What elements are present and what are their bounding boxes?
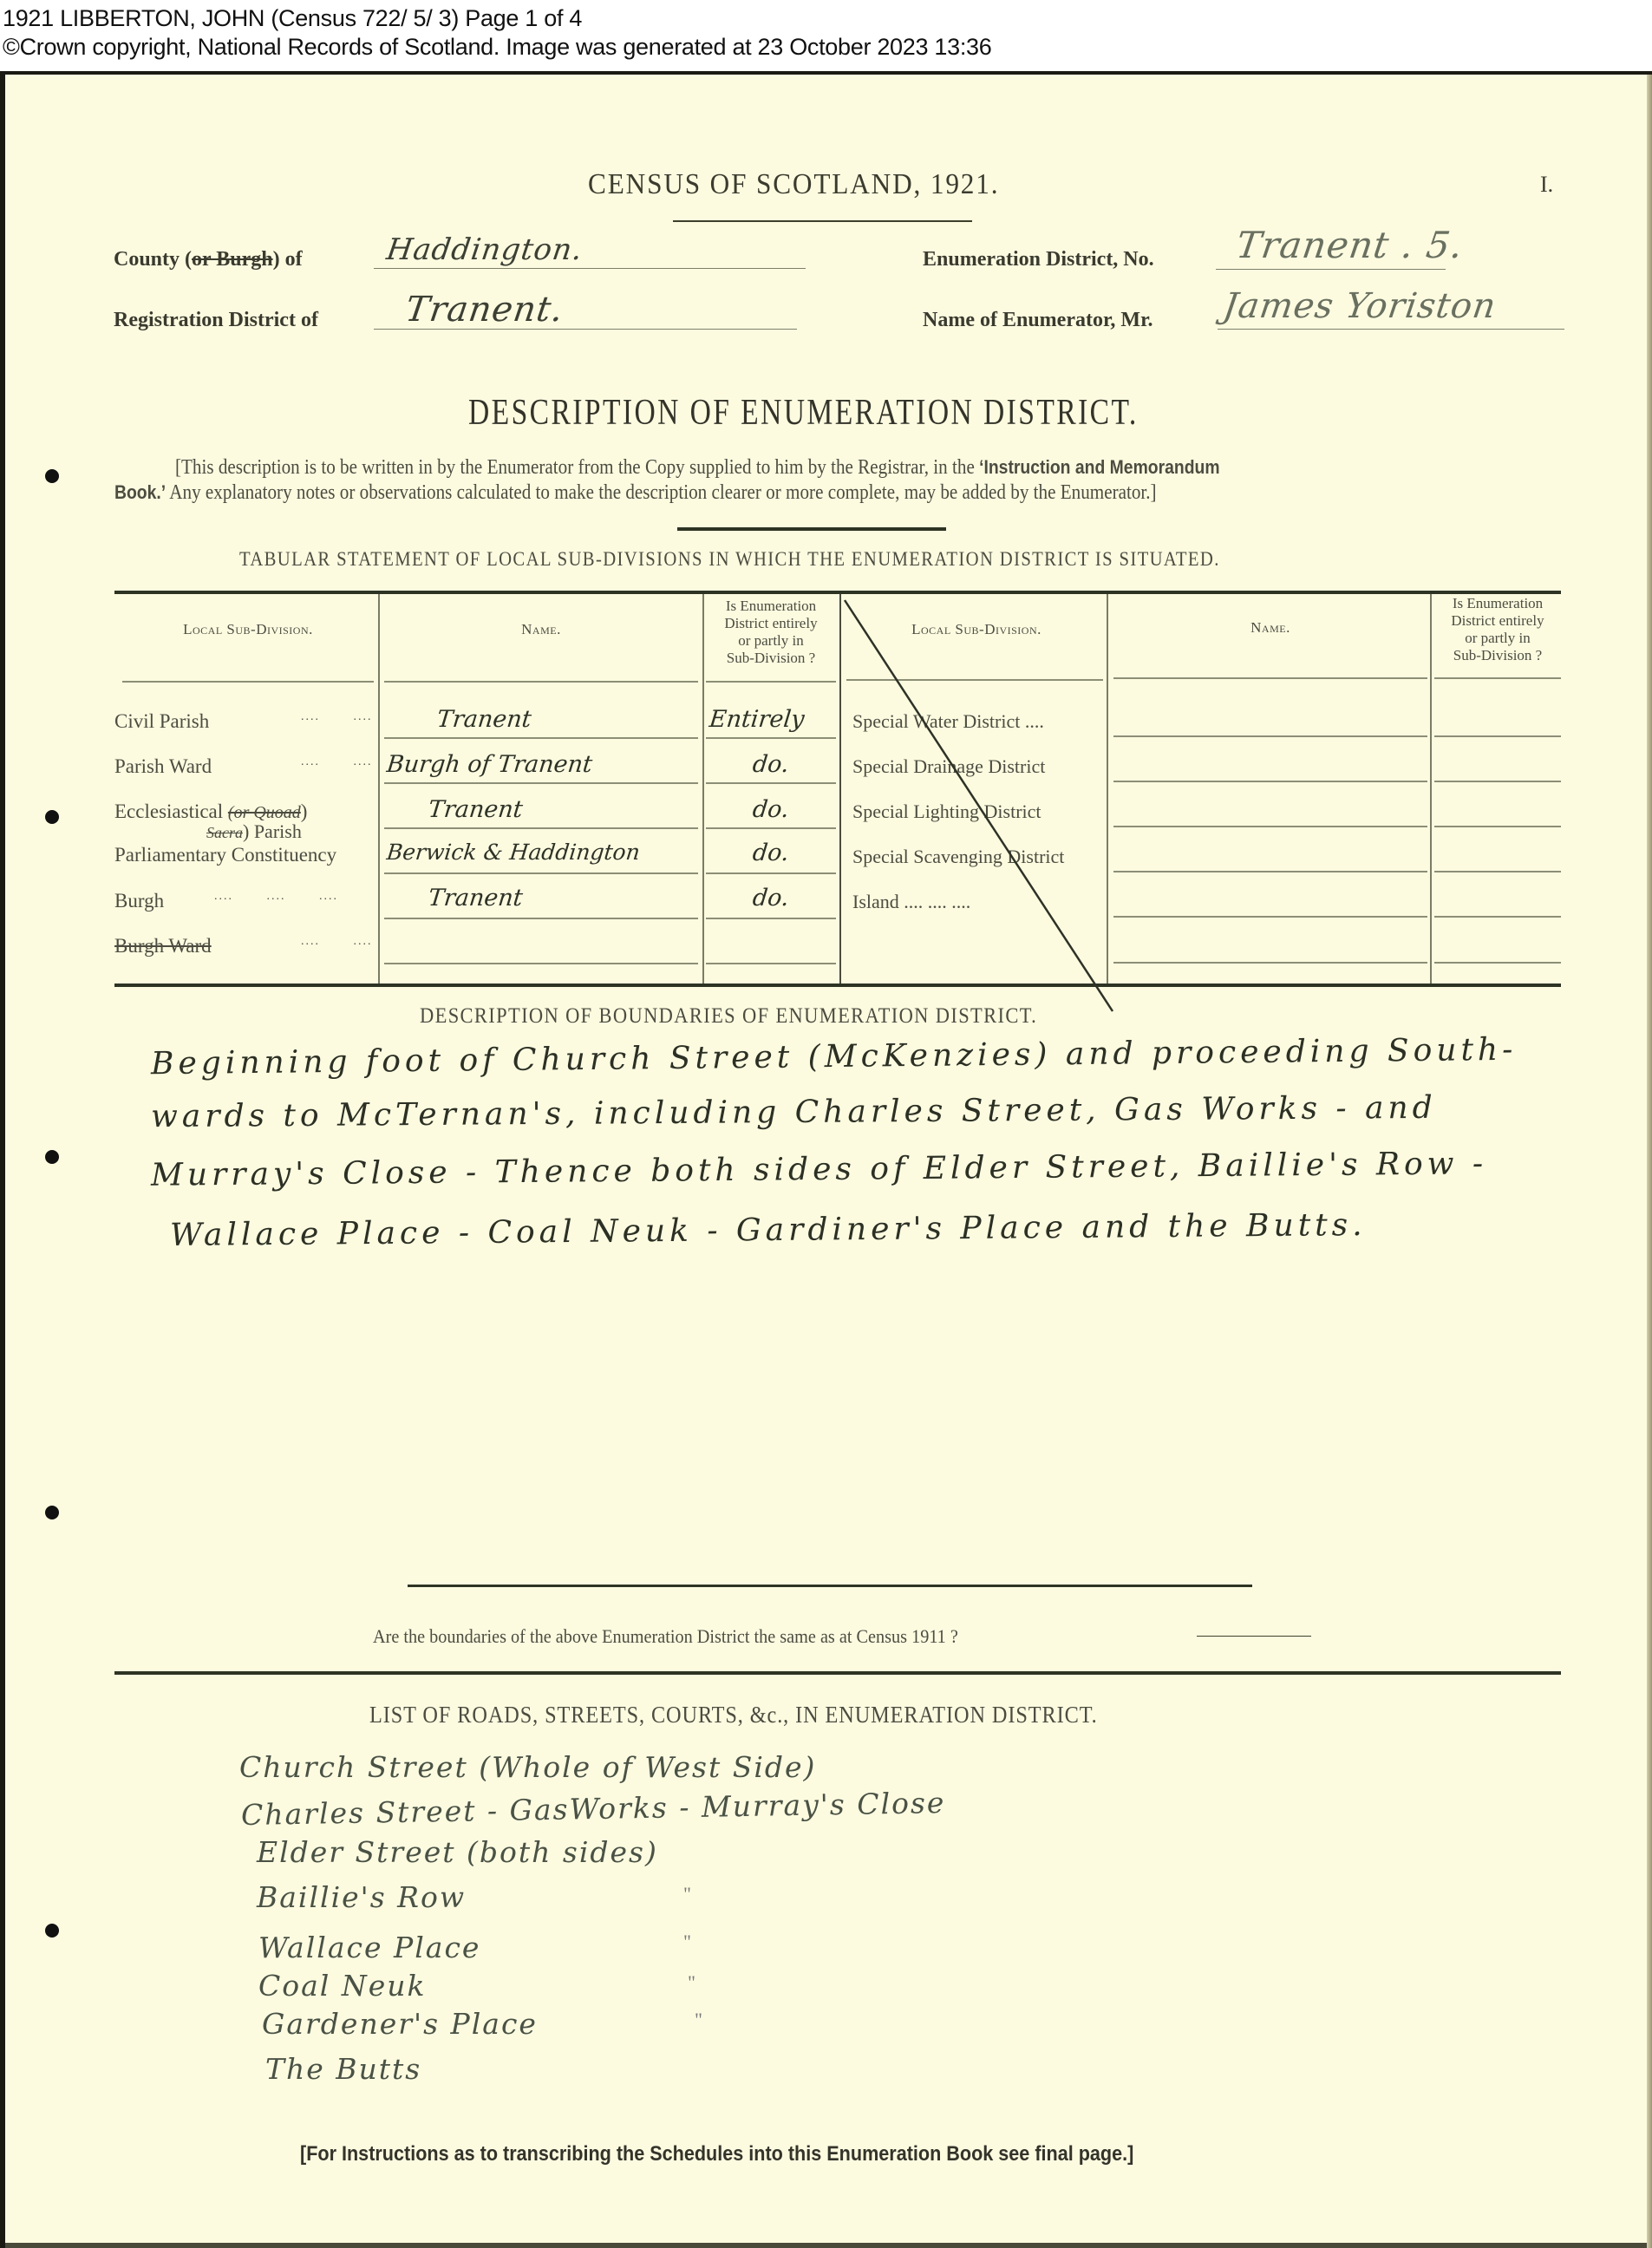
instruction-rule (677, 527, 946, 531)
civil-parish-name: Tranent (435, 706, 532, 733)
row-line (1434, 781, 1561, 782)
parliamentary-constituency-extent: do. (751, 840, 790, 866)
strike-through-line (838, 593, 1115, 1027)
header-local-subdivision: Local Sub-Division. (122, 621, 374, 638)
ecclesiastical-parish-extent: do. (751, 796, 790, 823)
header-entirely-partly: Is Enumeration District entirely or part… (706, 598, 836, 667)
row-label-ecclesiastical-parish-line2: Sacra) Parish (206, 820, 302, 843)
row-label-burgh-ward: Burgh Ward .... .... (114, 935, 212, 957)
street-item: The Butts (265, 2052, 421, 2086)
burgh-extent: do. (751, 885, 790, 912)
header-underline (122, 681, 374, 683)
title-rule (673, 220, 972, 222)
row-line (1434, 826, 1561, 827)
record-title: 1921 LIBBERTON, JOHN (Census 722/ 5/ 3) … (3, 4, 582, 33)
col-divider (702, 594, 704, 983)
parish-ward-extent: do. (751, 751, 790, 778)
header-underline (706, 681, 836, 683)
census-1911-answer-line (1197, 1636, 1311, 1637)
punch-hole (45, 1924, 59, 1938)
header-underline (1113, 677, 1427, 679)
section-rule (114, 1671, 1561, 1675)
burgh-name: Tranent (427, 885, 524, 912)
header-name: Name. (384, 621, 698, 638)
boundary-line-3: Murray's Close - Thence both sides of El… (151, 1146, 1487, 1193)
col-divider (1430, 594, 1432, 983)
census-1911-question: Are the boundaries of the above Enumerat… (373, 1625, 958, 1648)
row-line (1113, 781, 1427, 782)
enumeration-district-label: Enumeration District, No. (923, 248, 1154, 271)
parliamentary-constituency-name: Berwick & Haddington (385, 840, 641, 865)
boundary-line-2: wards to McTernan's, including Charles S… (151, 1090, 1437, 1134)
row-label-parliamentary-constituency: Parliamentary Constituency (114, 844, 336, 866)
record-header: 1921 LIBBERTON, JOHN (Census 722/ 5/ 3) … (0, 0, 1652, 71)
page-number: I. (1540, 172, 1553, 198)
form-title: CENSUS OF SCOTLAND, 1921. (588, 168, 999, 201)
row-line (384, 963, 698, 964)
copyright-notice: ©Crown copyright, National Records of Sc… (3, 33, 991, 62)
boundary-line-4: Wallace Place - Coal Neuk - Gardiner's P… (170, 1207, 1367, 1253)
row-line (1434, 962, 1561, 964)
enumeration-underline (1216, 269, 1446, 270)
row-line (706, 918, 836, 919)
enumeration-district-value: Tranent . 5. (1234, 224, 1466, 266)
boundaries-rule (408, 1585, 1252, 1587)
streets-heading: LIST OF ROADS, STREETS, COURTS, &c., IN … (369, 1702, 1098, 1728)
county-value: Haddington. (384, 232, 584, 267)
header-underline (384, 681, 698, 683)
census-1911-answer (1197, 1617, 1311, 1634)
registration-underline (374, 329, 797, 330)
row-label-civil-parish: Civil Parish .... .... (114, 710, 209, 733)
ditto-mark: " (683, 1931, 691, 1953)
description-heading: DESCRIPTION OF ENUMERATION DISTRICT. (468, 392, 1139, 434)
registration-district-value: Tranent. (403, 290, 566, 330)
row-line (706, 827, 836, 829)
instruction-line-1: [This description is to be written in by… (175, 454, 1220, 480)
row-line (1434, 871, 1561, 872)
col-divider (378, 594, 380, 983)
street-item: Coal Neuk (258, 1969, 427, 2003)
row-line (384, 782, 698, 784)
header-entirely-partly-right: Is Enumeration District entirely or part… (1434, 595, 1561, 664)
punch-hole (45, 1506, 59, 1519)
boundaries-heading: DESCRIPTION OF BOUNDARIES OF ENUMERATION… (420, 1004, 1037, 1029)
punch-hole (45, 810, 59, 824)
ditto-mark: " (695, 2009, 702, 2031)
row-line (706, 872, 836, 874)
row-label-burgh: Burgh .... .... .... (114, 890, 164, 912)
street-item: Church Street (Whole of West Side) (239, 1750, 816, 1784)
row-line (1113, 871, 1427, 872)
row-line (384, 872, 698, 874)
ditto-mark: " (683, 1883, 691, 1905)
boundary-line-1: Beginning foot of Church Street (McKenzi… (151, 1032, 1518, 1082)
row-line (706, 737, 836, 739)
page-edge (5, 2243, 1652, 2248)
row-line (1113, 735, 1427, 737)
row-line (1113, 826, 1427, 827)
row-line (384, 827, 698, 829)
enumerator-value: James Yoriston (1221, 286, 1499, 326)
header-name-right: Name. (1113, 619, 1427, 637)
footer-instruction: [For Instructions as to transcribing the… (300, 2142, 1133, 2166)
row-line (1113, 916, 1427, 918)
punch-hole (45, 469, 59, 483)
row-line (384, 737, 698, 739)
header-underline (1434, 677, 1561, 679)
county-underline (374, 268, 806, 269)
census-page: CENSUS OF SCOTLAND, 1921. I. County (or … (0, 71, 1652, 2248)
street-item: Gardener's Place (262, 2007, 538, 2041)
row-line (706, 782, 836, 784)
tabular-heading: TABULAR STATEMENT OF LOCAL SUB-DIVISIONS… (239, 548, 1220, 571)
registration-district-label: Registration District of (114, 309, 318, 332)
street-item: Charles Street - GasWorks - Murray's Clo… (241, 1786, 946, 1832)
ecclesiastical-parish-name: Tranent (427, 796, 524, 823)
county-label: County (or Burgh) of (114, 248, 303, 271)
row-line (384, 918, 698, 919)
enumerator-label: Name of Enumerator, Mr. (923, 309, 1153, 332)
row-label-parish-ward: Parish Ward .... .... (114, 755, 212, 778)
civil-parish-extent: Entirely (708, 706, 806, 733)
parish-ward-name: Burgh of Tranent (385, 751, 593, 778)
enumerator-underline (1218, 329, 1564, 330)
ditto-mark: " (688, 1971, 695, 1994)
row-line (1434, 735, 1561, 737)
street-item: Elder Street (both sides) (257, 1835, 658, 1869)
instruction-line-2: Book.’ Any explanatory notes or observat… (114, 480, 1157, 506)
row-line (706, 963, 836, 964)
street-item: Wallace Place (258, 1931, 480, 1964)
street-item: Baillie's Row (257, 1880, 466, 1914)
punch-hole (45, 1150, 59, 1164)
row-line (1113, 962, 1427, 964)
row-line (1434, 916, 1561, 918)
